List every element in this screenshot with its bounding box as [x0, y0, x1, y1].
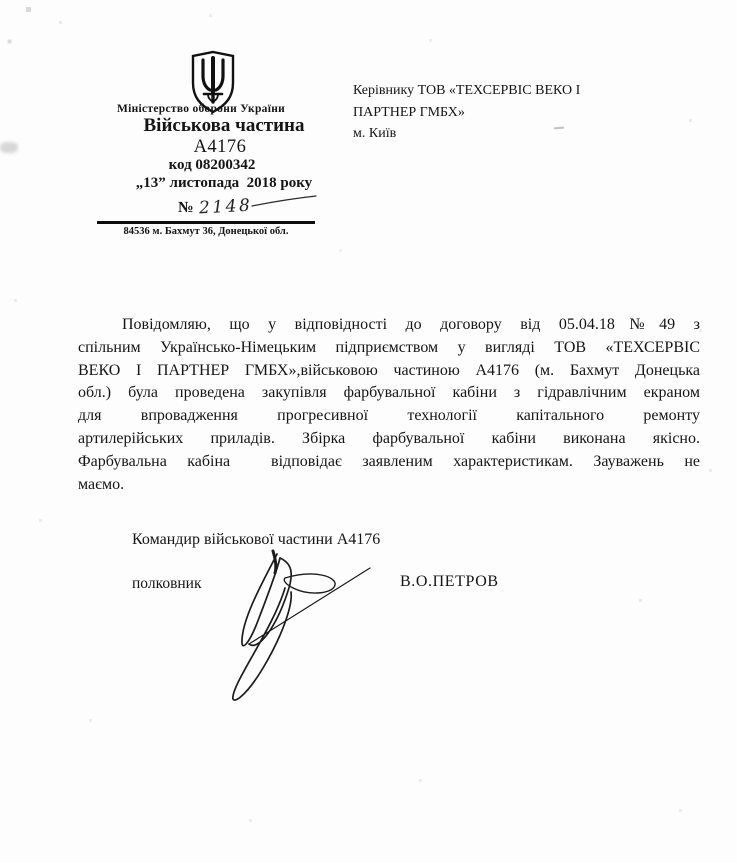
pen-flourish-stroke — [250, 194, 318, 213]
body-line: Фарбувальна кабіна відповідає заявленим … — [78, 451, 700, 474]
signer-name: В.О.ПЕТРОВ — [400, 573, 499, 591]
body-line: обл.) була проведена закупівля фарбуваль… — [78, 382, 700, 405]
letter-body: Повідомляю, що у відповідності до догово… — [78, 314, 700, 496]
recipient-line: ПАРТНЕР ГМБХ» — [353, 102, 653, 124]
doc-number-label: № — [178, 199, 194, 217]
body-line: артилерійських приладів. Збірка фарбувал… — [78, 428, 700, 451]
body-line: ВЕКО І ПАРТНЕР ГМБХ»,військовою частиною… — [78, 360, 700, 383]
unit-address: 84536 м. Бахмут 36, Донецької обл. — [95, 226, 317, 237]
commander-title-line: Командир військової частини А4176 — [132, 531, 380, 549]
body-line: для впровадження прогресивної технології… — [78, 405, 700, 428]
scan-smudge-left-edge — [0, 142, 18, 153]
body-line: маємо. — [78, 474, 700, 497]
letter-date: „13” листопада 2018 року — [113, 175, 335, 192]
recipient-line: Керівнику ТОВ «ТЕХСЕРВІС ВЕКО І — [353, 80, 653, 102]
scan-noise-specks — [0, 0, 1, 1]
scanned-letter-page: Міністерство оборони України Військова ч… — [0, 0, 737, 863]
recipient-block: Керівнику ТОВ «ТЕХСЕРВІС ВЕКО І ПАРТНЕР … — [353, 80, 653, 145]
rank-label: полковник — [132, 575, 202, 593]
ministry-line: Міністерство оборони України — [90, 103, 312, 115]
body-line: Повідомляю, що у відповідності до догово… — [78, 314, 700, 337]
unit-code: код 08200342 — [101, 157, 323, 174]
doc-number-handwritten: 2148 — [199, 196, 253, 219]
handwritten-signature-icon — [225, 548, 375, 713]
letterhead-divider-rule — [97, 221, 315, 224]
recipient-city: м. Київ — [353, 123, 653, 145]
unit-number: А4176 — [109, 137, 331, 158]
body-line: спільним Українсько-Німецьким підприємст… — [78, 337, 700, 360]
unit-title: Військова частина — [113, 115, 335, 137]
